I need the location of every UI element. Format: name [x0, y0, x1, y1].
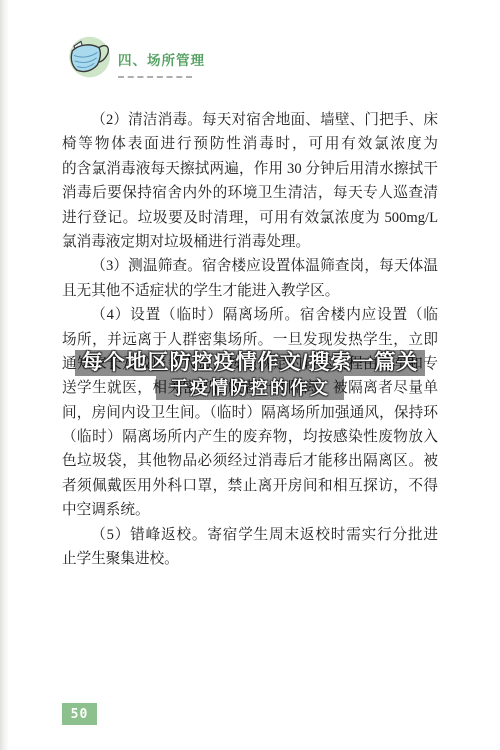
- section-title: 四、场所管理: [118, 49, 205, 69]
- body-line: 间，房间内设卫生间。（临时）隔离场所加强通风，保持环境卫生。: [62, 401, 438, 425]
- body-line: 止学生聚集进校。: [62, 547, 438, 571]
- body-line: 的含氯消毒液每天擦拭两遍，作用 30 分钟后用清水擦拭干净。: [62, 157, 438, 181]
- body-line: 消毒后要保持宿舍内外的环境卫生清洁，每天专人巡查清扫并: [62, 181, 438, 205]
- body-line: 送学生就医，相关密切接触者一并隔离。被隔离者尽量单人单: [62, 376, 438, 400]
- body-line: 场所，并远离于人群密集场所。一旦发现发热学生，立即隔离，: [62, 328, 438, 352]
- body-line: 通知家长及校医务人员，按照规定的转运流程由专车和专人: [62, 352, 438, 376]
- body-line: 椅等物体表面进行预防性消毒时，可用有效氯浓度为 500mg/L: [62, 132, 438, 156]
- page-edge-shadow: [0, 0, 9, 750]
- body-line: （2）清洁消毒。每天对宿舍地面、墙壁、门把手、床具、课桌: [62, 108, 438, 132]
- body-line: （5）错峰返校。寄宿学生周末返校时需实行分批进校，防: [62, 523, 438, 547]
- page-number: 50: [71, 707, 89, 722]
- body-line: 进行登记。垃圾要及时清理，可用有效氯浓度为 500mg/L 的含: [62, 206, 438, 230]
- body-line: （3）测温筛查。宿舍楼应设置体温筛查岗，每天体温正常: [62, 254, 438, 278]
- body-line: 色垃圾袋，其他物品必须经过消毒后才能移出隔离区。被隔离: [62, 449, 438, 473]
- section-header: 四、场所管理: [63, 32, 205, 82]
- body-line: 者须佩戴医用外科口罩，禁止离开房间和相互探访，不得使用集: [62, 474, 438, 498]
- body-line: 氯消毒液定期对垃圾桶进行消毒处理。: [62, 230, 438, 254]
- face-mask-icon: [63, 32, 113, 82]
- body-line: （临时）隔离场所内产生的废弃物，均按感染性废物放入双层黄: [62, 425, 438, 449]
- body-line: 中空调系统。: [62, 498, 438, 522]
- body-line: 且无其他不适症状的学生才能进入教学区。: [62, 279, 438, 303]
- document-body: （2）清洁消毒。每天对宿舍地面、墙壁、门把手、床具、课桌 椅等物体表面进行预防性…: [62, 108, 438, 571]
- page-number-badge: 50: [62, 703, 97, 725]
- body-line: （4）设置（临时）隔离场所。宿舍楼内应设置（临时）隔离: [62, 303, 438, 327]
- section-title-block: 四、场所管理: [118, 32, 205, 78]
- dashed-underline: [118, 76, 192, 78]
